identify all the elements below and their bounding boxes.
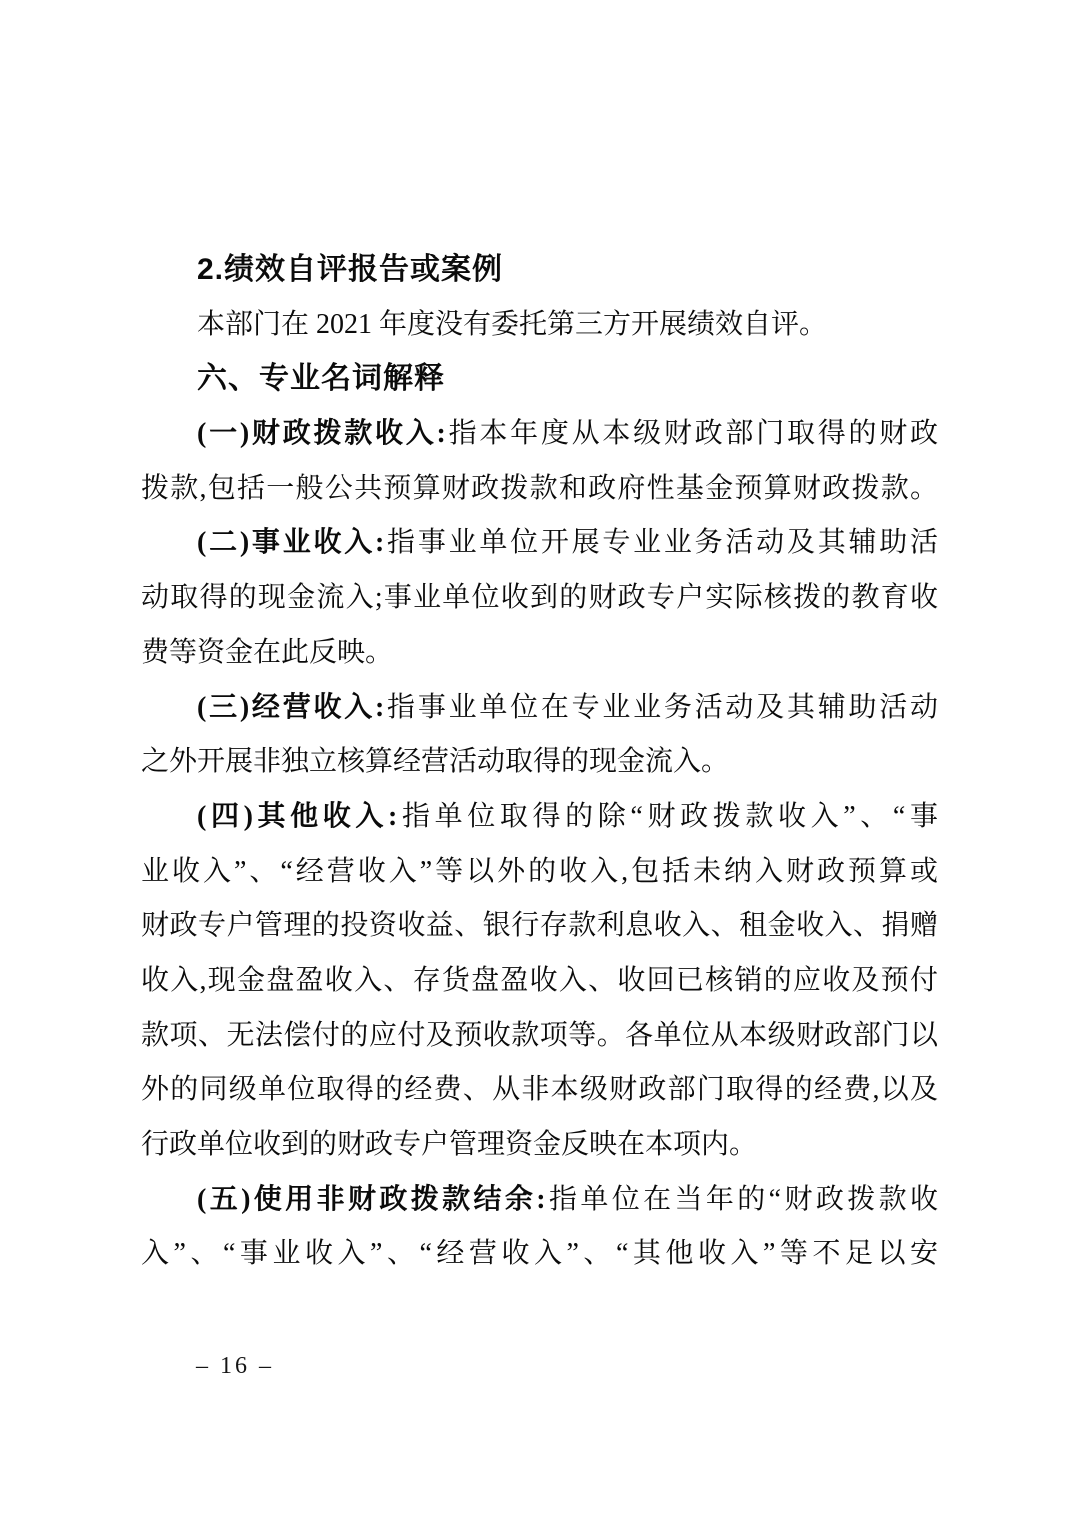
term-institutional-income-line-2: 动取得的现金流入;事业单位收到的财政专户实际核拨的教育收: [141, 571, 938, 626]
term-text: 动取得的现金流入;事业单位收到的财政专户实际核拨的教育收: [141, 582, 938, 613]
para-no-third-party-eval: 本部门在 2021 年度没有委托第三方开展绩效自评。: [141, 298, 938, 353]
term-text: 指单位在当年的“财政拨款收: [546, 1184, 938, 1215]
term-non-fiscal-balance-line-1: (五)使用非财政拨款结余:指单位在当年的“财政拨款收: [141, 1173, 938, 1228]
term-label: (二)事业收入:: [197, 527, 384, 558]
term-text: 行政单位收到的财政专户管理资金反映在本项内。: [141, 1129, 757, 1160]
term-other-income-line-3: 财政专户管理的投资收益、银行存款利息收入、租金收入、捐赠: [141, 899, 938, 954]
term-institutional-income-line-3: 费等资金在此反映。: [141, 626, 938, 681]
term-text: 指事业单位开展专业业务活动及其辅助活: [384, 527, 938, 558]
term-operating-income-line-2: 之外开展非独立核算经营活动取得的现金流入。: [141, 735, 938, 790]
term-fiscal-appropriation-income-line-2: 拨款,包括一般公共预算财政拨款和政府性基金预算财政拨款。: [141, 462, 938, 517]
term-text: 外的同级单位取得的经费、从非本级财政部门取得的经费,以及: [141, 1074, 938, 1105]
term-other-income-line-2: 业收入”、“经营收入”等以外的收入,包括未纳入财政预算或: [141, 845, 938, 900]
page-number: – 16 –: [196, 1346, 274, 1386]
heading-terminology-section: 六、专业名词解释: [141, 352, 938, 407]
term-fiscal-appropriation-income-line-1: (一)财政拨款收入:指本年度从本级财政部门取得的财政: [141, 407, 938, 462]
term-other-income-line-1: (四)其他收入:指单位取得的除“财政拨款收入”、“事: [141, 790, 938, 845]
term-other-income-line-4: 收入,现金盘盈收入、存货盘盈收入、收回已核销的应收及预付: [141, 954, 938, 1009]
term-text: 指事业单位在专业业务活动及其辅助活动: [384, 692, 938, 723]
heading-performance-self-eval-report: 2.绩效自评报告或案例: [141, 243, 938, 298]
para-text: 本部门在 2021 年度没有委托第三方开展绩效自评。: [197, 309, 827, 340]
heading-text: 六、专业名词解释: [197, 362, 445, 395]
term-text: 收入,现金盘盈收入、存货盘盈收入、收回已核销的应收及预付: [141, 965, 938, 996]
term-institutional-income-line-1: (二)事业收入:指事业单位开展专业业务活动及其辅助活: [141, 516, 938, 571]
term-other-income-line-6: 外的同级单位取得的经费、从非本级财政部门取得的经费,以及: [141, 1063, 938, 1118]
term-text: 入”、“事业收入”、“经营收入”、“其他收入”等不足以安: [141, 1238, 938, 1269]
term-operating-income-line-1: (三)经营收入:指事业单位在专业业务活动及其辅助活动: [141, 681, 938, 736]
term-text: 费等资金在此反映。: [141, 637, 393, 668]
term-label: (三)经营收入:: [197, 692, 384, 723]
term-label: (一)财政拨款收入:: [197, 418, 446, 449]
heading-text: 2.绩效自评报告或案例: [197, 253, 503, 286]
term-other-income-line-5: 款项、无法偿付的应付及预收款项等。各单位从本级财政部门以: [141, 1009, 938, 1064]
term-non-fiscal-balance-line-2: 入”、“事业收入”、“经营收入”、“其他收入”等不足以安: [141, 1227, 938, 1282]
term-text: 拨款,包括一般公共预算财政拨款和政府性基金预算财政拨款。: [141, 473, 938, 504]
document-body: 2.绩效自评报告或案例 本部门在 2021 年度没有委托第三方开展绩效自评。 六…: [141, 243, 938, 1282]
document-page: 2.绩效自评报告或案例 本部门在 2021 年度没有委托第三方开展绩效自评。 六…: [0, 0, 1074, 1520]
term-text: 款项、无法偿付的应付及预收款项等。各单位从本级财政部门以: [141, 1020, 938, 1051]
term-label: (五)使用非财政拨款结余:: [197, 1184, 546, 1215]
term-text: 指本年度从本级财政部门取得的财政: [446, 418, 938, 449]
term-text: 之外开展非独立核算经营活动取得的现金流入。: [141, 746, 729, 777]
term-text: 财政专户管理的投资收益、银行存款利息收入、租金收入、捐赠: [141, 910, 938, 941]
term-text: 业收入”、“经营收入”等以外的收入,包括未纳入财政预算或: [141, 856, 938, 887]
term-text: 指单位取得的除“财政拨款收入”、“事: [397, 801, 938, 832]
term-other-income-line-7: 行政单位收到的财政专户管理资金反映在本项内。: [141, 1118, 938, 1173]
term-label: (四)其他收入:: [197, 801, 397, 832]
